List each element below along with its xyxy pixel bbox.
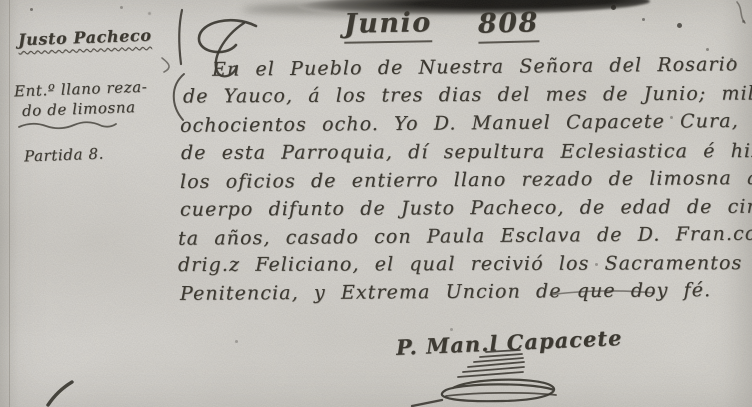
body-line-7: ta años, casado con Paula Esclava de D. … — [178, 222, 752, 249]
body-line-3: ochocientos ocho. Yo D. Manuel Capacete … — [180, 109, 752, 137]
title-month: Junio — [344, 7, 432, 44]
body-line-5: los oficios de entierro llano rezado de … — [180, 167, 752, 193]
body-line-2: de Yauco, á los tres dias del mes de Jun… — [183, 83, 752, 108]
paper-fold-line — [9, 0, 10, 407]
body-line-4: de esta Parroquia, dí sepultura Eclesias… — [181, 140, 752, 164]
corner-mark — [734, 0, 752, 26]
margin-burial-type-line2: do de limosna — [22, 98, 136, 120]
margin-burial-type-line1: Ent.º llano reza- — [14, 78, 148, 101]
doy-fe-flourish — [548, 288, 658, 298]
body-line-6: cuerpo difunto de Justo Pacheco, de edad… — [180, 195, 752, 220]
manuscript-page: Junio 808 Justo Pacheco Ent.º llano reza… — [0, 0, 752, 407]
margin-record-number: Partida 8. — [24, 145, 105, 166]
title-year: 808 — [478, 7, 540, 44]
body-line-8: drig.z Feliciano, el qual recivió los Sa… — [178, 252, 752, 276]
stray-ink-stroke — [42, 380, 78, 407]
ink-spots — [30, 8, 33, 11]
margin-deceased-name: Justo Pacheco — [18, 26, 152, 50]
body-line-1: En el Pueblo de Nuestra Señora del Rosar… — [212, 53, 739, 81]
signature-rubric-icon — [408, 350, 568, 407]
margin-underline-flourish — [16, 120, 120, 132]
